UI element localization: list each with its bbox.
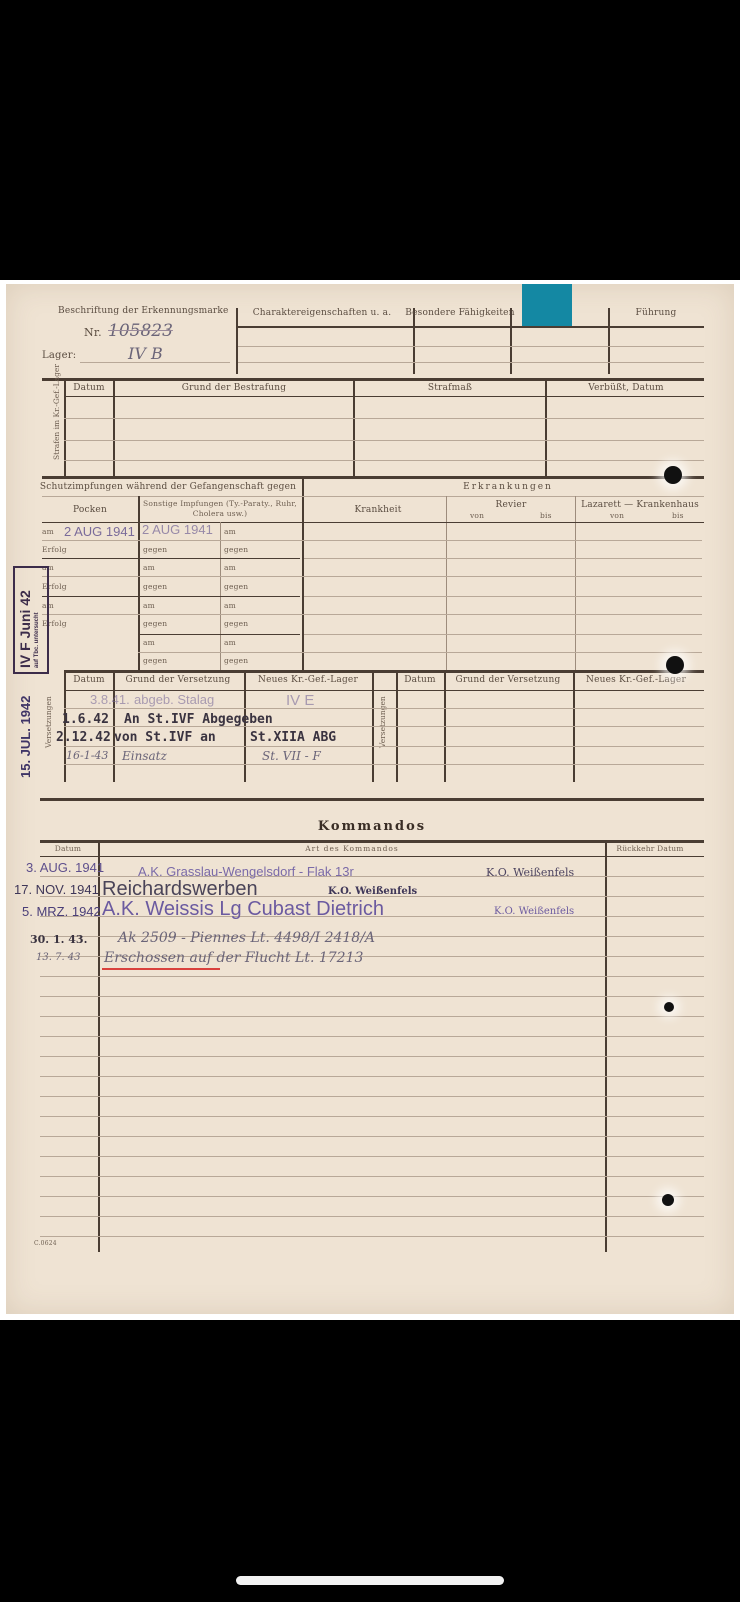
kommandos-title: Kommandos	[318, 819, 426, 834]
komm-entry-5-art: Erschossen auf der Flucht Lt. 17213	[104, 950, 363, 966]
vers-col-lager-2: Neues Kr.-Gef.-Lager	[586, 675, 686, 685]
col-fuehrung: Führung	[636, 308, 677, 318]
sonstige-am: am	[224, 527, 236, 536]
sonstige-am-2b: am	[224, 563, 236, 572]
vers-col-grund: Grund der Versetzung	[126, 675, 231, 685]
komm-entry-1-ko: K.O. Weißenfels	[486, 866, 574, 879]
nr-label: Nr.	[84, 326, 102, 339]
strafen-col-grund: Grund der Bestrafung	[182, 383, 287, 393]
komm-entry-4-datum: 30. 1. 43.	[30, 933, 87, 946]
vers-entry-3-lager: St.XIIA ABG	[250, 730, 336, 745]
index-tab-marker	[522, 284, 572, 328]
ruled-line	[40, 1056, 704, 1057]
komm-entry-1-datum: 3. AUG. 1941	[26, 860, 104, 875]
strafen-side-label: Strafen im Kr.-Gef.-Lager	[52, 364, 61, 460]
pocken-am-1: am	[42, 527, 54, 536]
vers-entry-4-grund: Einsatz	[122, 749, 167, 763]
sonstige-am-2: am	[143, 563, 155, 572]
col-lazarett: Lazarett — Krankenhaus	[581, 500, 699, 510]
punch-hole	[666, 656, 684, 674]
col-charakter: Charaktereigenschaften u. a.	[253, 308, 392, 318]
vers-entry-4-datum: 16-1-43	[66, 749, 108, 762]
komm-col-rueckkehr: Rückkehr Datum	[616, 844, 683, 853]
komm-col-art: Art des Kommandos	[305, 844, 398, 853]
punch-hole	[662, 1194, 674, 1206]
vers-col-lager: Neues Kr.-Gef.-Lager	[258, 675, 358, 685]
sonstige-am-3b: am	[224, 601, 236, 610]
ruled-line	[40, 1076, 704, 1077]
impfungen-title: Schutzimpfungen während der Gefangenscha…	[40, 482, 296, 492]
vers-entry-1-lager: IV E	[286, 692, 314, 709]
sonstige-gegen-2b: gegen	[224, 582, 248, 591]
sonstige-gegen-b: gegen	[224, 545, 248, 554]
vers-entry-1-grund: abgeb. Stalag	[134, 692, 214, 707]
col-revier: Revier	[496, 500, 527, 510]
strafen-col-datum: Datum	[73, 383, 105, 393]
sonstige-am-4: am	[143, 638, 155, 647]
komm-entry-3-art: A.K. Weissis Lg Cubast Dietrich	[102, 898, 384, 921]
ruled-line	[40, 1096, 704, 1097]
sonstige-gegen-4b: gegen	[224, 656, 248, 665]
strafen-col-strafmass: Strafmaß	[428, 383, 472, 393]
komm-entry-3-ko: K.O. Weißenfels	[494, 906, 574, 917]
lazarett-von: von	[610, 511, 624, 520]
ruled-line	[40, 1216, 704, 1217]
ruled-line	[40, 1016, 704, 1017]
vers-entry-2-grund: An St.IVF Abgegeben	[124, 712, 273, 727]
komm-entry-5-datum: 13. 7. 43	[36, 952, 81, 963]
komm-entry-3-datum: 5. MRZ. 1942	[22, 904, 101, 919]
vers-entry-4-lager: St. VII - F	[262, 749, 321, 763]
ruled-line	[40, 1156, 704, 1157]
vers-entry-1-datum: 3.8.41.	[90, 692, 130, 707]
col-faehigkeiten: Besondere Fähigkeiten	[405, 308, 514, 318]
punch-hole	[664, 1002, 674, 1012]
sonstige-am-3: am	[143, 601, 155, 610]
sonstige-gegen-3b: gegen	[224, 619, 248, 628]
punch-hole	[664, 466, 682, 484]
col-sprachkenntnisse: Sprachkenntnisse	[514, 308, 599, 318]
tag-label: Beschriftung der Erkennungsmarke	[58, 306, 229, 316]
lager-value: IV B	[128, 344, 163, 363]
nr-value: 105823	[108, 321, 173, 341]
ruled-line	[40, 976, 704, 977]
pocken-date-stamp: 2 AUG 1941	[64, 524, 135, 539]
col-sonstige: Sonstige Impfungen (Ty.-Paraty., Ruhr, C…	[140, 499, 300, 519]
ruled-line	[40, 1176, 704, 1177]
erkrankungen-title: Erkrankungen	[463, 482, 553, 492]
col-pocken: Pocken	[73, 505, 107, 515]
ruled-line	[40, 1136, 704, 1137]
komm-col-datum: Datum	[55, 844, 81, 853]
komm-entry-2-ko: K.O. Weißenfels	[328, 886, 417, 897]
strafen-col-verbuesst: Verbüßt, Datum	[588, 383, 664, 393]
vers-col-grund-2: Grund der Versetzung	[456, 675, 561, 685]
versetzungen-side-label-left: Versetzungen	[44, 696, 53, 748]
komm-entry-2-datum: 17. NOV. 1941	[14, 882, 99, 897]
tbc-stamp-subtext: auf Tbc. untersucht	[34, 612, 40, 668]
pocken-erfolg-1: Erfolg	[42, 545, 67, 554]
komm-entry-1-art: A.K. Grasslau-Wengelsdorf - Flak 13r	[138, 864, 354, 879]
ruled-line	[40, 1036, 704, 1037]
revier-von: von	[470, 511, 484, 520]
vers-entry-2-datum: 1.6.42	[62, 712, 109, 727]
ruled-line	[40, 1236, 704, 1237]
lazarett-bis: bis	[672, 511, 684, 520]
ruled-line	[40, 1196, 704, 1197]
footer-code: C.0624	[34, 1240, 57, 1247]
sonstige-am-4b: am	[224, 638, 236, 647]
sonstige-gegen-2: gegen	[143, 582, 167, 591]
vers-col-datum: Datum	[73, 675, 105, 685]
sonstige-date-stamp: 2 AUG 1941	[142, 522, 213, 537]
vers-entry-3-datum: 2.12.42	[56, 730, 111, 745]
komm-entry-4-art: Ak 2509 - Piennes Lt. 4498/I 2418/A	[118, 930, 375, 946]
ruled-line	[40, 1116, 704, 1117]
sonstige-gegen: gegen	[143, 545, 167, 554]
lager-label: Lager:	[42, 350, 76, 361]
vers-col-datum-2: Datum	[404, 675, 436, 685]
versetzungen-side-label-right: Versetzungen	[378, 696, 387, 748]
sonstige-gegen-4: gegen	[143, 656, 167, 665]
vers-entry-3-grund: von St.IVF an	[114, 730, 216, 745]
ruled-line	[40, 996, 704, 997]
tbc-stamp-text: IV F Juni 42	[17, 590, 33, 668]
red-underline	[102, 968, 220, 970]
revier-bis: bis	[540, 511, 552, 520]
tbc-stamp-box: IV F Juni 42 auf Tbc. untersucht	[13, 566, 49, 674]
home-indicator[interactable]	[236, 1576, 504, 1585]
side-date-stamp: 15. JUL. 1942	[18, 696, 33, 778]
col-krankheit: Krankheit	[354, 505, 401, 515]
sonstige-gegen-3: gegen	[143, 619, 167, 628]
